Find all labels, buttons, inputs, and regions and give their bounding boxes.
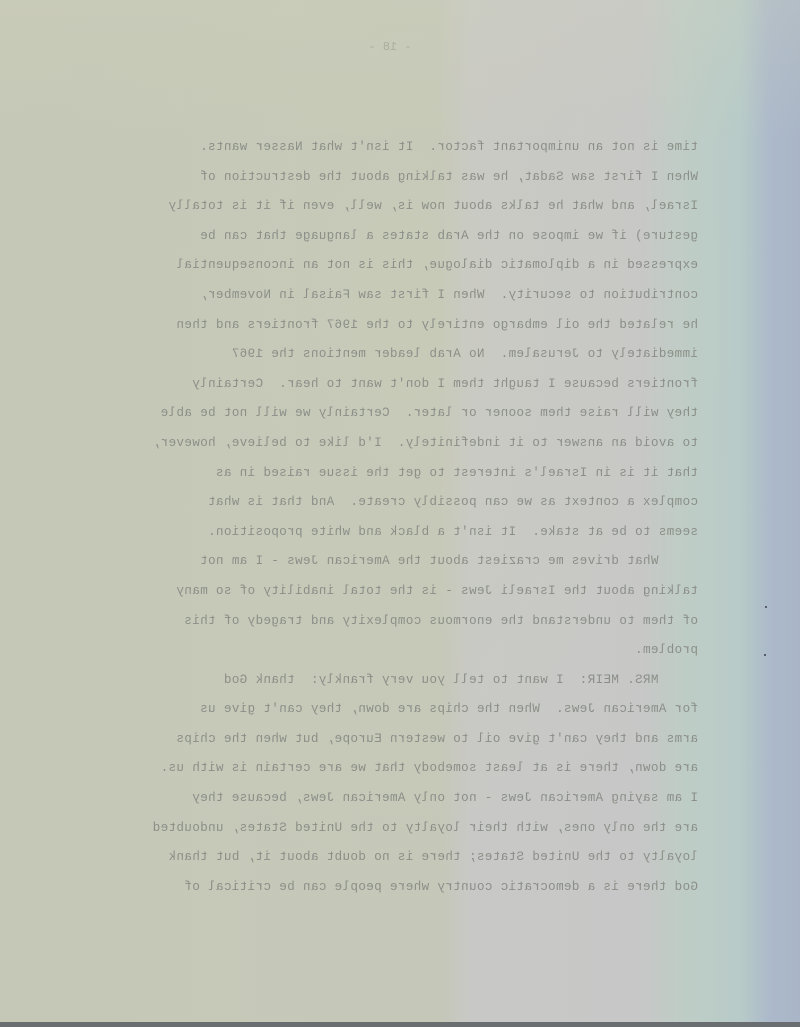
- text-line: are the only ones, with their loyalty to…: [58, 814, 698, 844]
- text-line: that it is in Israel's interest to get t…: [58, 459, 698, 489]
- document-page: - 18 - time is not an unimportant factor…: [0, 0, 800, 1022]
- text-line: time is not an unimportant factor. It is…: [58, 133, 698, 163]
- typed-text-body: time is not an unimportant factor. It is…: [58, 133, 698, 902]
- text-line: Israel, and what he talks about now is, …: [58, 192, 698, 222]
- text-line: MRS. MEIR: I want to tell you very frank…: [58, 666, 698, 696]
- text-line: seems to be at stake. It isn't a black a…: [58, 518, 698, 548]
- text-line: God there is a democratic country where …: [58, 873, 698, 903]
- text-line: What drives me craziest about the Americ…: [58, 547, 698, 577]
- page-number: - 18 -: [360, 40, 420, 54]
- paper-speck: [764, 654, 766, 656]
- text-line: complex a context as we can possibly cre…: [58, 488, 698, 518]
- text-line: he related the oil embargo entirely to t…: [58, 311, 698, 341]
- text-line: I am saying American Jews - not only Ame…: [58, 784, 698, 814]
- text-line: of them to understand the enormous compl…: [58, 607, 698, 637]
- text-line: expressed in a diplomatic dialogue, this…: [58, 251, 698, 281]
- text-line: are down, there is at least somebody tha…: [58, 754, 698, 784]
- text-line: immediately to Jerusalem. No Arab leader…: [58, 340, 698, 370]
- paper-speck: [765, 606, 767, 608]
- text-line: talking about the Israeli Jews - is the …: [58, 577, 698, 607]
- scan-bottom-edge: [0, 1022, 800, 1027]
- text-line: for American Jews. When the chips are do…: [58, 695, 698, 725]
- text-line: When I first saw Sadat, he was talking a…: [58, 163, 698, 193]
- text-line: contribution to security. When I first s…: [58, 281, 698, 311]
- text-line: they will raise them sooner or later. Ce…: [58, 399, 698, 429]
- text-line: problem.: [58, 636, 698, 666]
- text-line: gesture) if we impose on the Arab states…: [58, 222, 698, 252]
- text-line: arms and they can't give oil to western …: [58, 725, 698, 755]
- text-line: to avoid an answer to it indefinitely. I…: [58, 429, 698, 459]
- text-line: loyalty to the United States; there is n…: [58, 843, 698, 873]
- text-line: frontiers because I taught them I don't …: [58, 370, 698, 400]
